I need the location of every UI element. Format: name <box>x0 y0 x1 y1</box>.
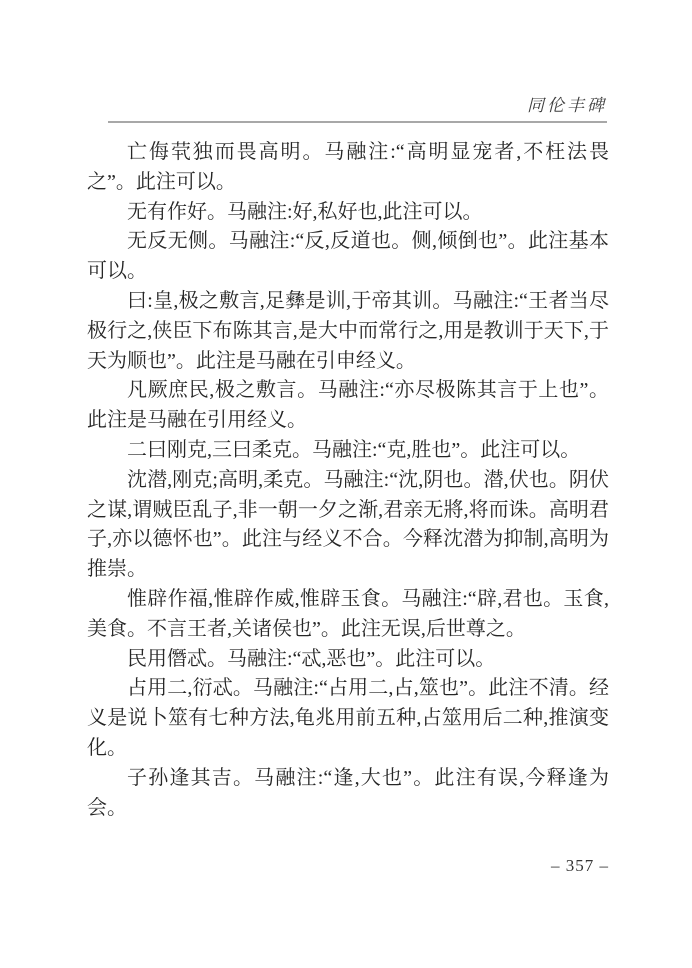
paragraph: 占用二,衍忒。马融注:“占用二,占,筮也”。此注不清。经义是说卜筮有七种方法,龟… <box>87 674 609 763</box>
paragraph: 曰:皇,极之敷言,足彝是训,于帝其训。马融注:“王者当尽极行之,侠臣下布陈其言,… <box>87 287 609 376</box>
paragraph: 凡厥庶民,极之敷言。马融注:“亦尽极陈其言于上也”。此注是马融在引用经义。 <box>87 376 609 436</box>
paragraph: 子孙逢其吉。马融注:“逢,大也”。此注有误,今释逢为会。 <box>87 764 609 824</box>
book-page: 同伦丰碑 亡侮茕独而畏高明。马融注:“高明显宠者,不枉法畏之”。此注可以。 无有… <box>0 0 692 968</box>
running-head: 同伦丰碑 <box>108 95 607 117</box>
paragraph: 二曰刚克,三曰柔克。马融注:“克,胜也”。此注可以。 <box>87 436 609 466</box>
paragraph: 惟辟作福,惟辟作威,惟辟玉食。马融注:“辟,君也。玉食,美食。不言王者,关诸侯也… <box>87 585 609 645</box>
paragraph: 亡侮茕独而畏高明。马融注:“高明显宠者,不枉法畏之”。此注可以。 <box>87 138 609 198</box>
paragraph: 沈潜,刚克;高明,柔克。马融注:“沈,阴也。潜,伏也。阴伏之谋,谓贼臣乱子,非一… <box>87 466 609 585</box>
page-number: – 357 – <box>87 856 609 876</box>
page-body: 亡侮茕独而畏高明。马融注:“高明显宠者,不枉法畏之”。此注可以。 无有作好。马融… <box>87 138 609 823</box>
paragraph: 民用僭忒。马融注:“忒,恶也”。此注可以。 <box>87 645 609 675</box>
paragraph: 无反无侧。马融注:“反,反道也。侧,倾倒也”。此注基本可以。 <box>87 227 609 287</box>
paragraph: 无有作好。马融注:好,私好也,此注可以。 <box>87 198 609 228</box>
header-rule <box>108 121 607 123</box>
